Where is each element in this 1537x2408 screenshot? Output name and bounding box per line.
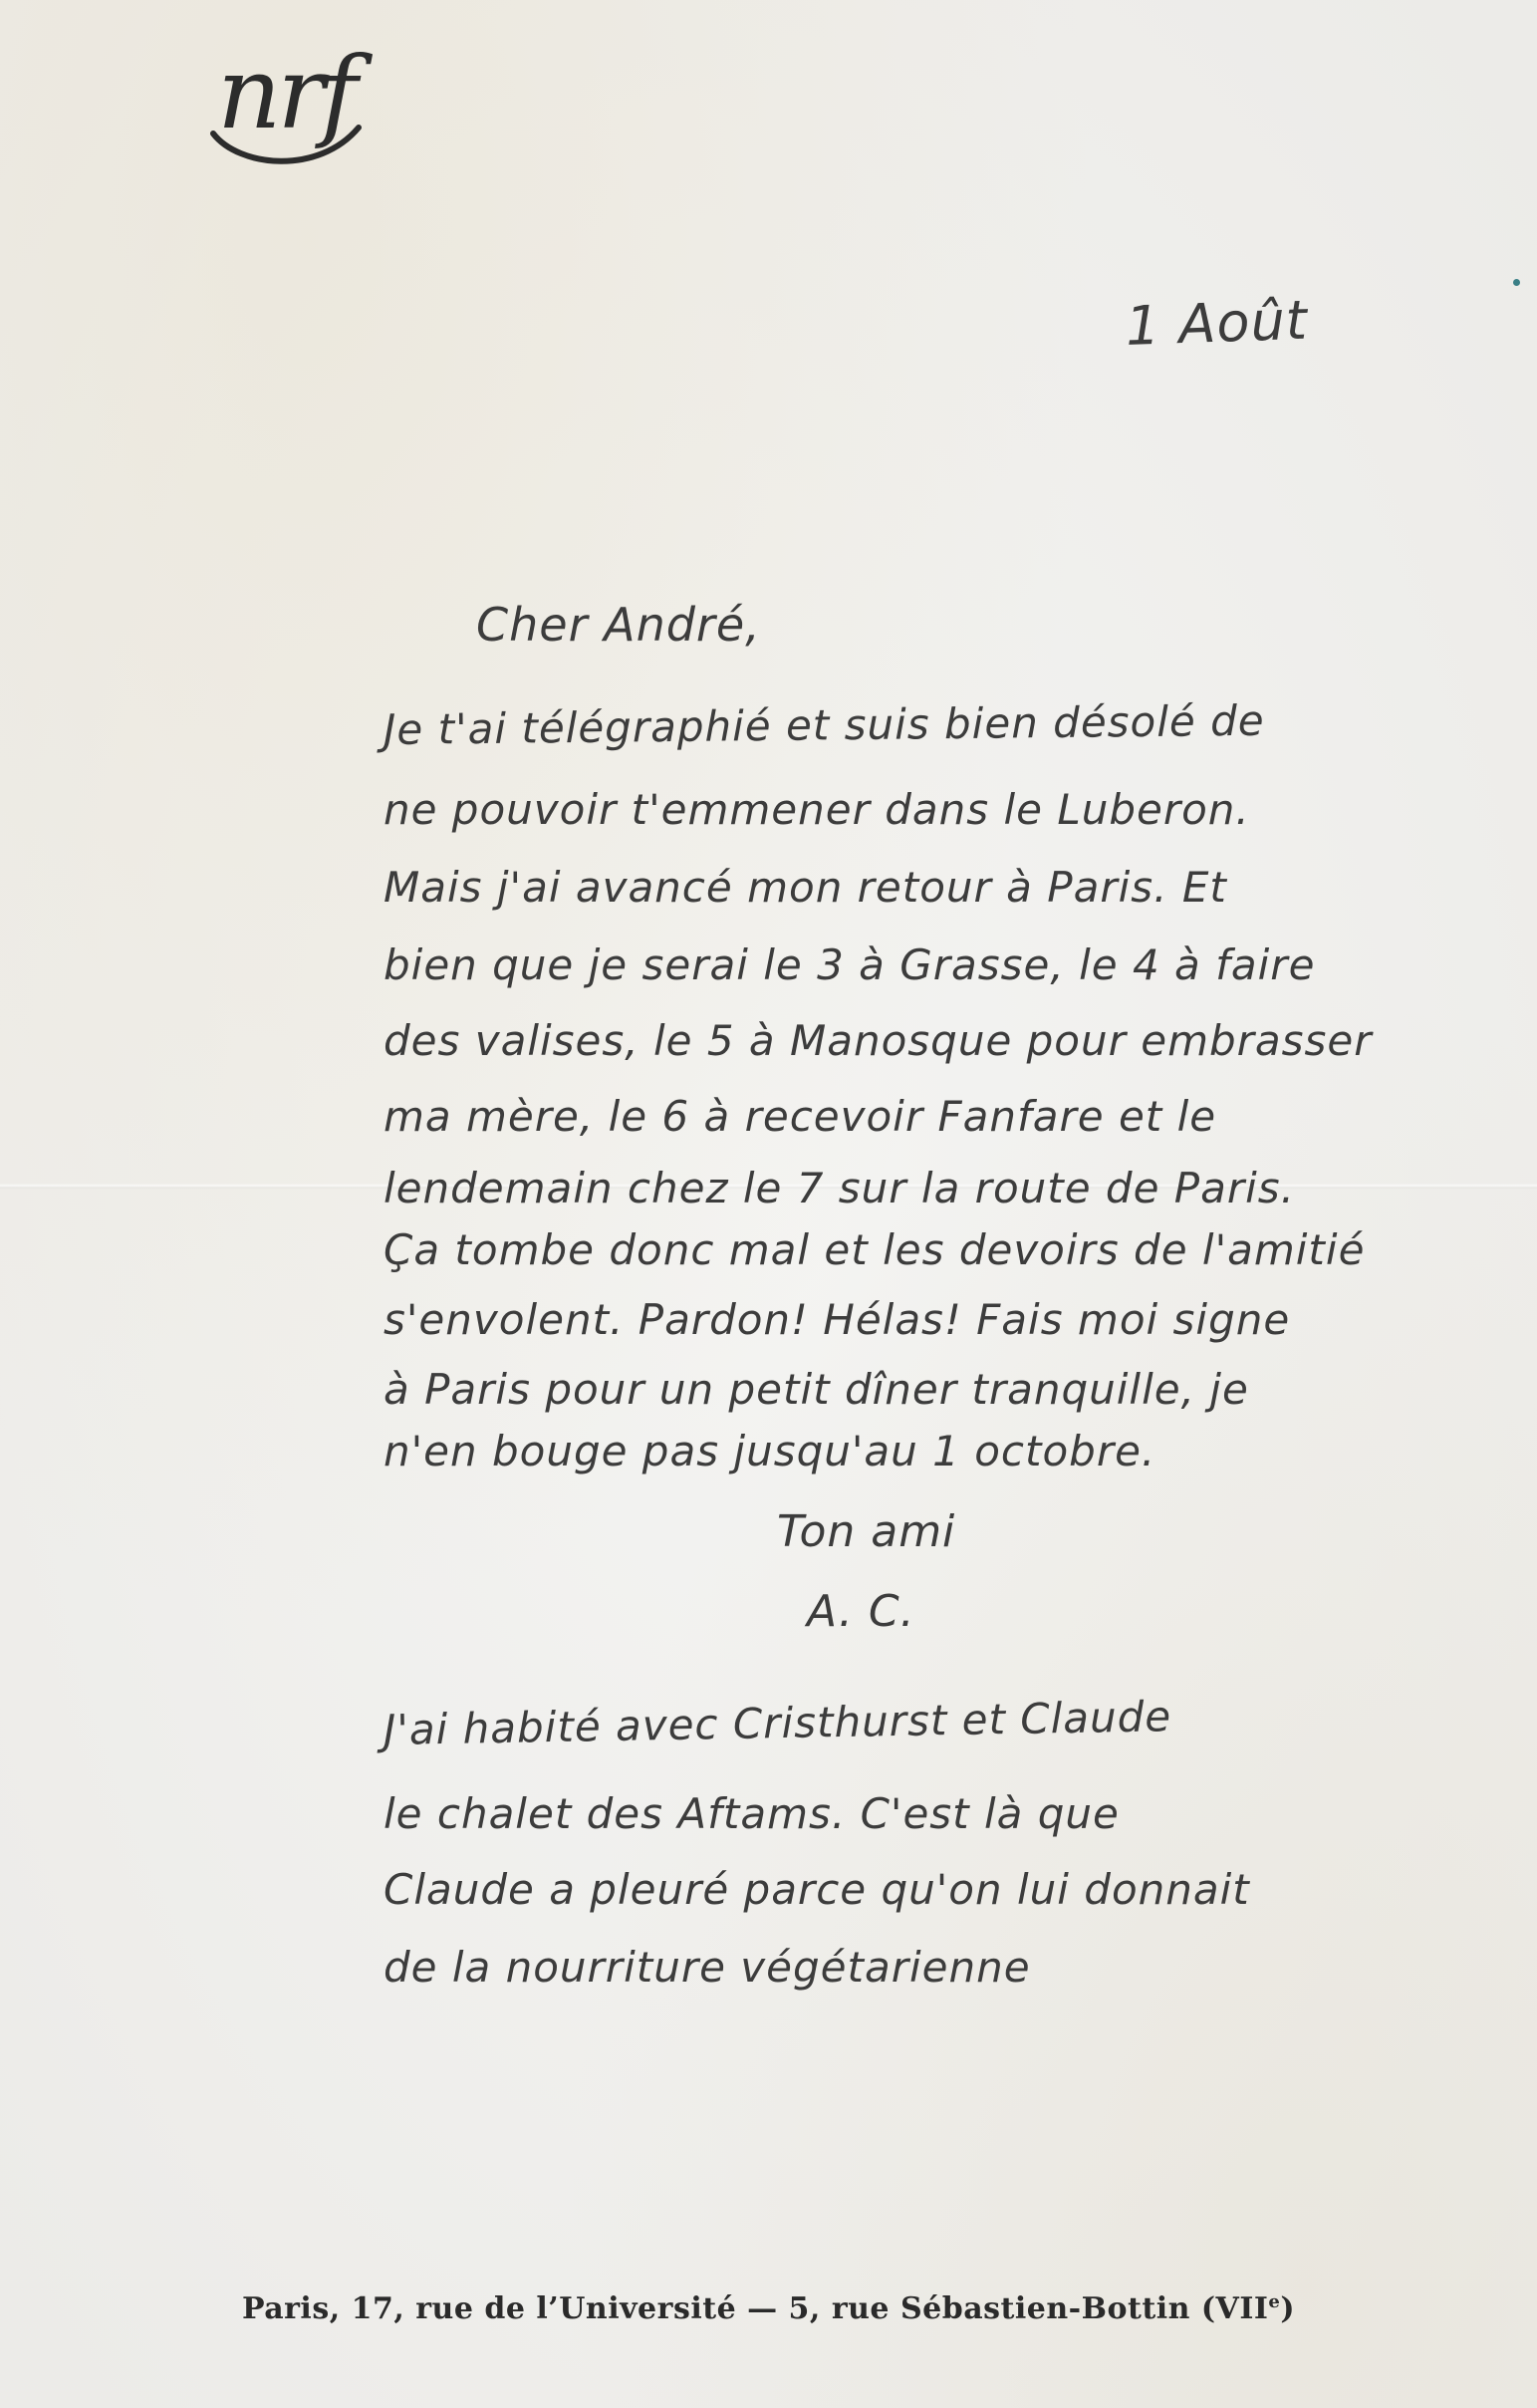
nrf-logo: nrf <box>209 58 438 167</box>
signature: A. C. <box>807 1586 915 1637</box>
postscript-line: de la nourriture végétarienne <box>384 1943 1031 1992</box>
ink-spot <box>1513 279 1520 286</box>
body-line: Je t'ai télégraphié et suis bien désolé … <box>384 696 1265 754</box>
closing: Ton ami <box>777 1506 955 1557</box>
letter-date: 1 Août <box>1125 289 1309 358</box>
footer-address: Paris, 17, rue de l’Université — 5, rue … <box>242 2291 1268 2326</box>
postscript-line: le chalet des Aftams. C'est là que <box>384 1789 1120 1838</box>
postscript-line: J'ai habité avec Cristhurst et Claude <box>384 1692 1172 1754</box>
logo-text: nrf <box>217 44 354 143</box>
body-line: n'en bouge pas jusqu'au 1 octobre. <box>384 1427 1155 1475</box>
body-line: ma mère, le 6 à recevoir Fanfare et le <box>384 1092 1216 1141</box>
body-line: bien que je serai le 3 à Grasse, le 4 à … <box>384 940 1315 989</box>
body-line: à Paris pour un petit dîner tranquille, … <box>384 1365 1249 1414</box>
body-line: lendemain chez le 7 sur la route de Pari… <box>384 1164 1295 1212</box>
salutation: Cher André, <box>476 598 761 652</box>
body-line: Mais j'ai avancé mon retour à Paris. Et <box>384 863 1227 912</box>
body-line: ne pouvoir t'emmener dans le Luberon. <box>384 785 1250 834</box>
body-line: des valises, le 5 à Manosque pour embras… <box>384 1016 1373 1065</box>
footer-close: ) <box>1280 2291 1295 2326</box>
letter-page: nrf 1 Août Cher André, Je t'ai télégraph… <box>0 0 1537 2408</box>
footer-superscript: e <box>1268 2291 1280 2312</box>
postscript-line: Claude a pleuré parce qu'on lui donnait <box>384 1865 1250 1914</box>
body-line: s'envolent. Pardon! Hélas! Fais moi sign… <box>384 1295 1290 1344</box>
letterhead-footer: Paris, 17, rue de l’Université — 5, rue … <box>0 2291 1537 2326</box>
body-line: Ça tombe donc mal et les devoirs de l'am… <box>384 1225 1365 1274</box>
